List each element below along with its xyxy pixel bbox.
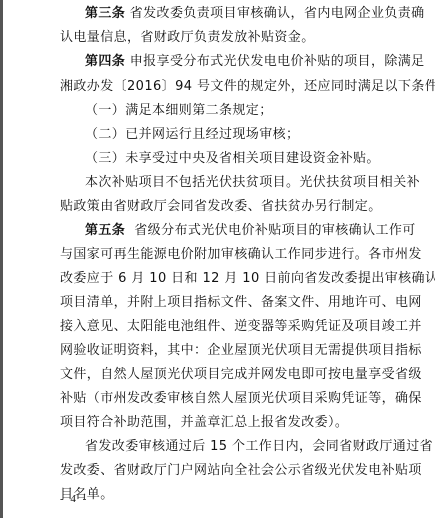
article-5-line-4: 项目清单，并附上项目指标文件、备案文件、用地许可、电网 [60, 293, 380, 313]
article-5-line-5: 接入意见、太阳能电池组件、逆变器等采购凭证及项目竣工并 [60, 317, 380, 337]
article-5-line-8: 补贴（市州发改委审核自然人屋顶光伏项目采购凭证等，确保 [60, 389, 380, 409]
article-4-line-2: 湘政办发〔2016〕94 号文件的规定外，还应同时满足以下条件： [60, 77, 380, 97]
page-number: - 4 - [60, 493, 88, 505]
publicity-line-3: 目名单。 [60, 485, 380, 505]
article-5-line-1: 第五条 省级分布式光伏电价补贴项目的审核确认工作可 [85, 221, 405, 241]
article-5-line-9: 项目符合补助范围，并盖章汇总上报省发改委）。 [60, 413, 380, 433]
condition-1: （一）满足本细则第二条规定； [85, 101, 405, 121]
article-4-line-1: 第四条 申报享受分布式光伏发电电价补贴的项目，除满足 [85, 52, 405, 72]
condition-3: （三）未享受过中央及省相关项目建设资金补贴。 [85, 149, 405, 169]
paragraph-text: 申报享受分布式光伏发电电价补贴的项目，除满足 [130, 54, 425, 69]
left-border-strip [0, 0, 3, 518]
article-heading: 第三条 [85, 6, 125, 21]
article-3-line-1: 第三条 省发改委负责项目审核确认，省内电网企业负责确 [85, 4, 405, 24]
article-5-line-7: 文件，自然人屋顶光伏项目完成并网发电即可按电量享受省级 [60, 365, 380, 385]
note-line-2: 贴政策由省财政厅会同省发改委、省扶贫办另行制定。 [60, 197, 380, 217]
publicity-line-2: 发改委、省财政厅门户网站向全社会公示省级光伏发电补贴项 [60, 461, 380, 481]
article-heading: 第四条 [85, 54, 125, 69]
article-5-line-2: 与国家可再生能源电价附加审核确认工作同步进行。各市州发 [60, 245, 380, 265]
article-5-line-3: 改委应于 6 月 10 日和 12 月 10 日前向省发改委提出审核确认的 [60, 269, 380, 289]
article-3-line-2: 认电量信息，省财政厅负责发放补贴资金。 [60, 28, 380, 48]
article-5-line-6: 网验收证明资料，其中：企业屋顶光伏项目无需提供项目指标 [60, 341, 380, 361]
note-line-1: 本次补贴项目不包括光伏扶贫项目。光伏扶贫项目相关补 [85, 173, 405, 193]
paragraph-text: 省级分布式光伏电价补贴项目的审核确认工作可 [134, 223, 415, 238]
article-heading: 第五条 [85, 223, 125, 238]
paragraph-text: 省发改委负责项目审核确认，省内电网企业负责确 [130, 6, 425, 21]
publicity-line-1: 省发改委审核通过后 15 个工作日内，会同省财政厅通过省 [85, 437, 405, 457]
condition-2: （二）已并网运行且经过现场审核； [85, 125, 405, 145]
